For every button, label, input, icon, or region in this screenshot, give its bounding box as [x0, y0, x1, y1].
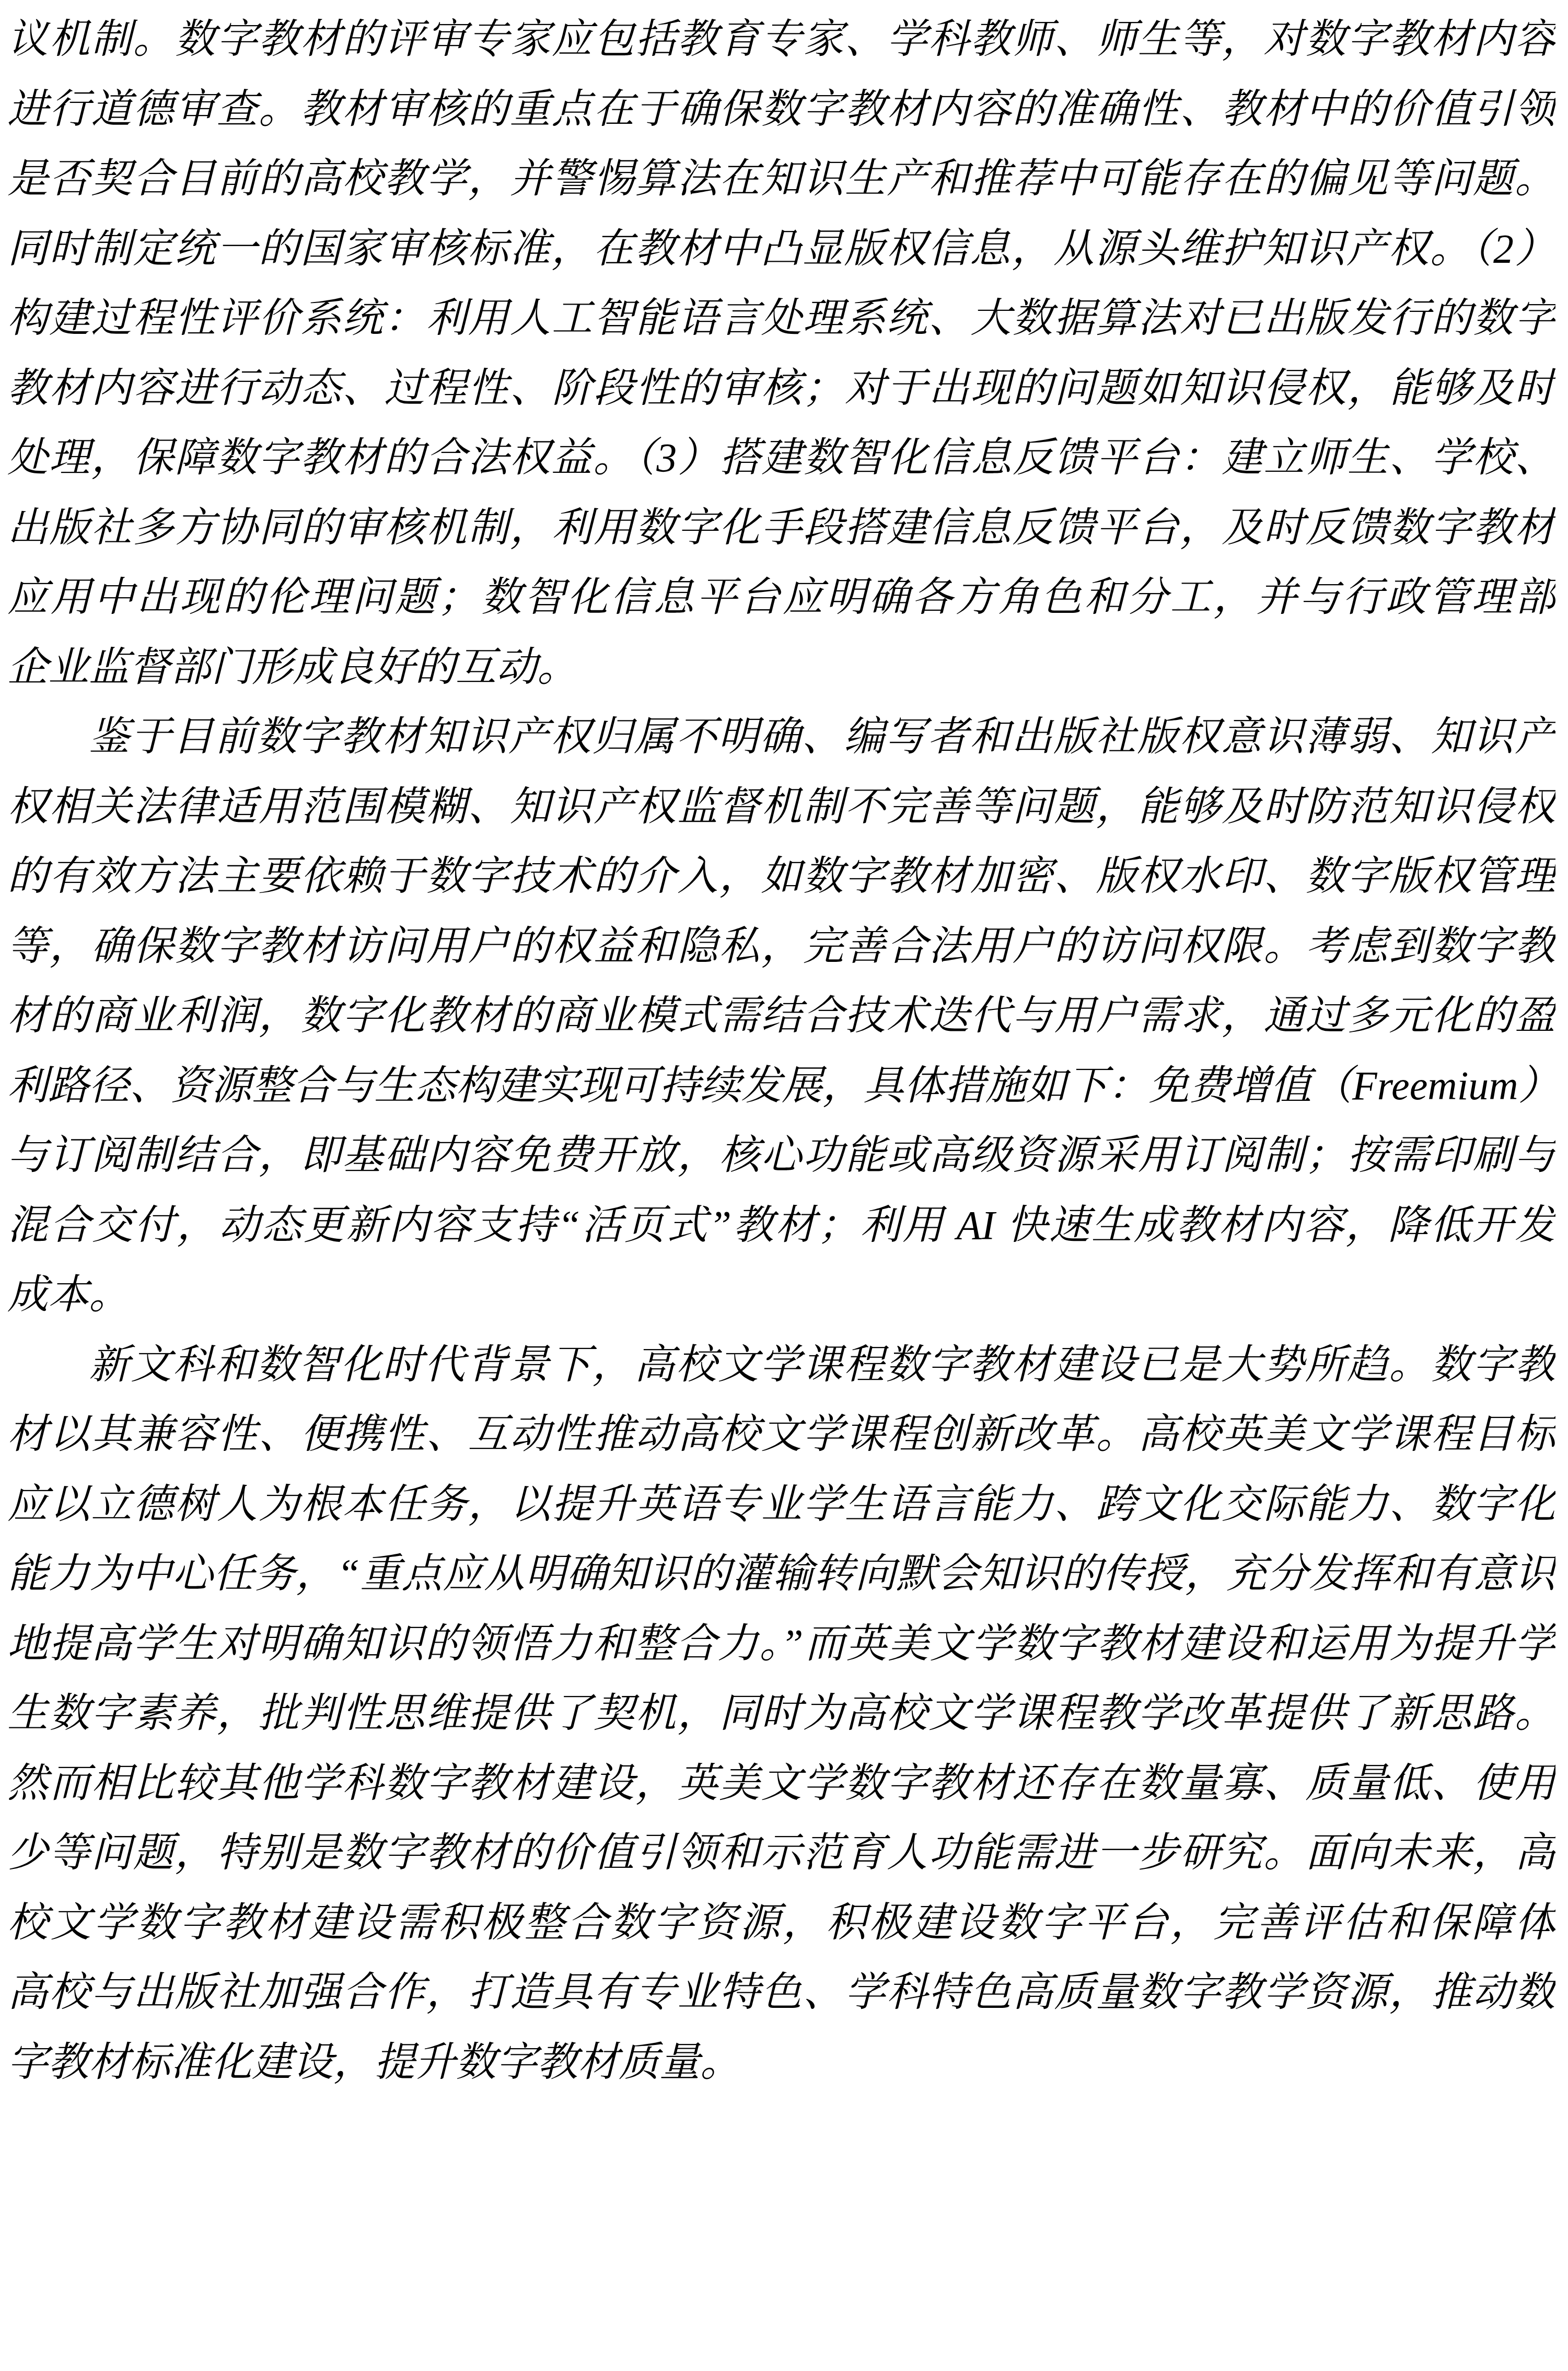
text-line: 应以立德树人为根本任务，以提升英语专业学生语言能力、跨文化交际能力、数字化 [7, 1469, 1555, 1539]
text-line: 教材内容进行动态、过程性、阶段性的审核；对于出现的问题如知识侵权，能够及时 [7, 353, 1555, 423]
text-line: 的有效方法主要依赖于数字技术的介入，如数字教材加密、版权水印、数字版权管理 [7, 841, 1555, 911]
paragraph-2: 鉴于目前数字教材知识产权归属不明确、编写者和出版社版权意识薄弱、知识产 权相关法… [7, 702, 1555, 1330]
text-line: 混合交付，动态更新内容支持“活页式”教材；利用 AI 快速生成教材内容，降低开发 [7, 1190, 1555, 1260]
text-line: 能力为中心任务，“重点应从明确知识的灌输转向默会知识的传授，充分发挥和有意识 [7, 1539, 1555, 1609]
text-line: 然而相比较其他学科数字教材建设，英美文学数字教材还存在数量寡、质量低、使用 [7, 1748, 1555, 1818]
text-line: 权相关法律适用范围模糊、知识产权监督机制不完善等问题，能够及时防范知识侵权 [7, 772, 1555, 842]
text-line: 与订阅制结合，即基础内容免费开放，核心功能或高级资源采用订阅制；按需印刷与 [7, 1120, 1555, 1190]
text-line: 字教材标准化建设，提升数字教材质量。 [7, 2027, 1555, 2097]
text-line: 进行道德审查。教材审核的重点在于确保数字教材内容的准确性、教材中的价值引领 [7, 74, 1555, 144]
text-line: 新文科和数智化时代背景下，高校文学课程数字教材建设已是大势所趋。数字教 [7, 1330, 1555, 1400]
text-line: 校文学数字教材建设需积极整合数字资源，积极建设数字平台，完善评估和保障体制。 [7, 1888, 1555, 1958]
text-line: 出版社多方协同的审核机制，利用数字化手段搭建信息反馈平台，及时反馈数字教材 [7, 493, 1555, 563]
text-line: 企业监督部门形成良好的互动。 [7, 632, 1555, 702]
text-line: 利路径、资源整合与生态构建实现可持续发展，具体措施如下：免费增值（Freemiu… [7, 1051, 1555, 1121]
text-line: 少等问题，特别是数字教材的价值引领和示范育人功能需进一步研究。面向未来，高 [7, 1818, 1555, 1888]
text-line: 鉴于目前数字教材知识产权归属不明确、编写者和出版社版权意识薄弱、知识产 [7, 702, 1555, 772]
text-line: 地提高学生对明确知识的领悟力和整合力。”而英美文学数字教材建设和运用为提升学 [7, 1609, 1555, 1679]
text-line: 成本。 [7, 1260, 1555, 1330]
document-page: 议机制。数字教材的评审专家应包括教育专家、学科教师、师生等，对数字教材内容 进行… [0, 0, 1568, 2371]
paragraph-3: 新文科和数智化时代背景下，高校文学课程数字教材建设已是大势所趋。数字教 材以其兼… [7, 1330, 1555, 2097]
text-line: 是否契合目前的高校教学，并警惕算法在知识生产和推荐中可能存在的偏见等问题。 [7, 144, 1555, 214]
text-line: 应用中出现的伦理问题；数智化信息平台应明确各方角色和分工，并与行政管理部门、 [7, 562, 1555, 632]
text-line: 材以其兼容性、便携性、互动性推动高校文学课程创新改革。高校英美文学课程目标 [7, 1399, 1555, 1469]
text-line: 材的商业利润，数字化教材的商业模式需结合技术迭代与用户需求，通过多元化的盈 [7, 981, 1555, 1051]
paragraph-1: 议机制。数字教材的评审专家应包括教育专家、学科教师、师生等，对数字教材内容 进行… [7, 4, 1555, 702]
text-line: 等，确保数字教材访问用户的权益和隐私，完善合法用户的访问权限。考虑到数字教 [7, 911, 1555, 981]
text-line: 构建过程性评价系统：利用人工智能语言处理系统、大数据算法对已出版发行的数字 [7, 283, 1555, 353]
text-line: 生数字素养，批判性思维提供了契机，同时为高校文学课程教学改革提供了新思路。 [7, 1678, 1555, 1748]
text-line: 处理，保障数字教材的合法权益。（3）搭建数智化信息反馈平台：建立师生、学校、 [7, 423, 1555, 493]
text-line: 同时制定统一的国家审核标准，在教材中凸显版权信息，从源头维护知识产权。（2） [7, 214, 1555, 284]
text-line: 高校与出版社加强合作，打造具有专业特色、学科特色高质量数字教学资源，推动数 [7, 1957, 1555, 2027]
text-line: 议机制。数字教材的评审专家应包括教育专家、学科教师、师生等，对数字教材内容 [7, 4, 1555, 74]
